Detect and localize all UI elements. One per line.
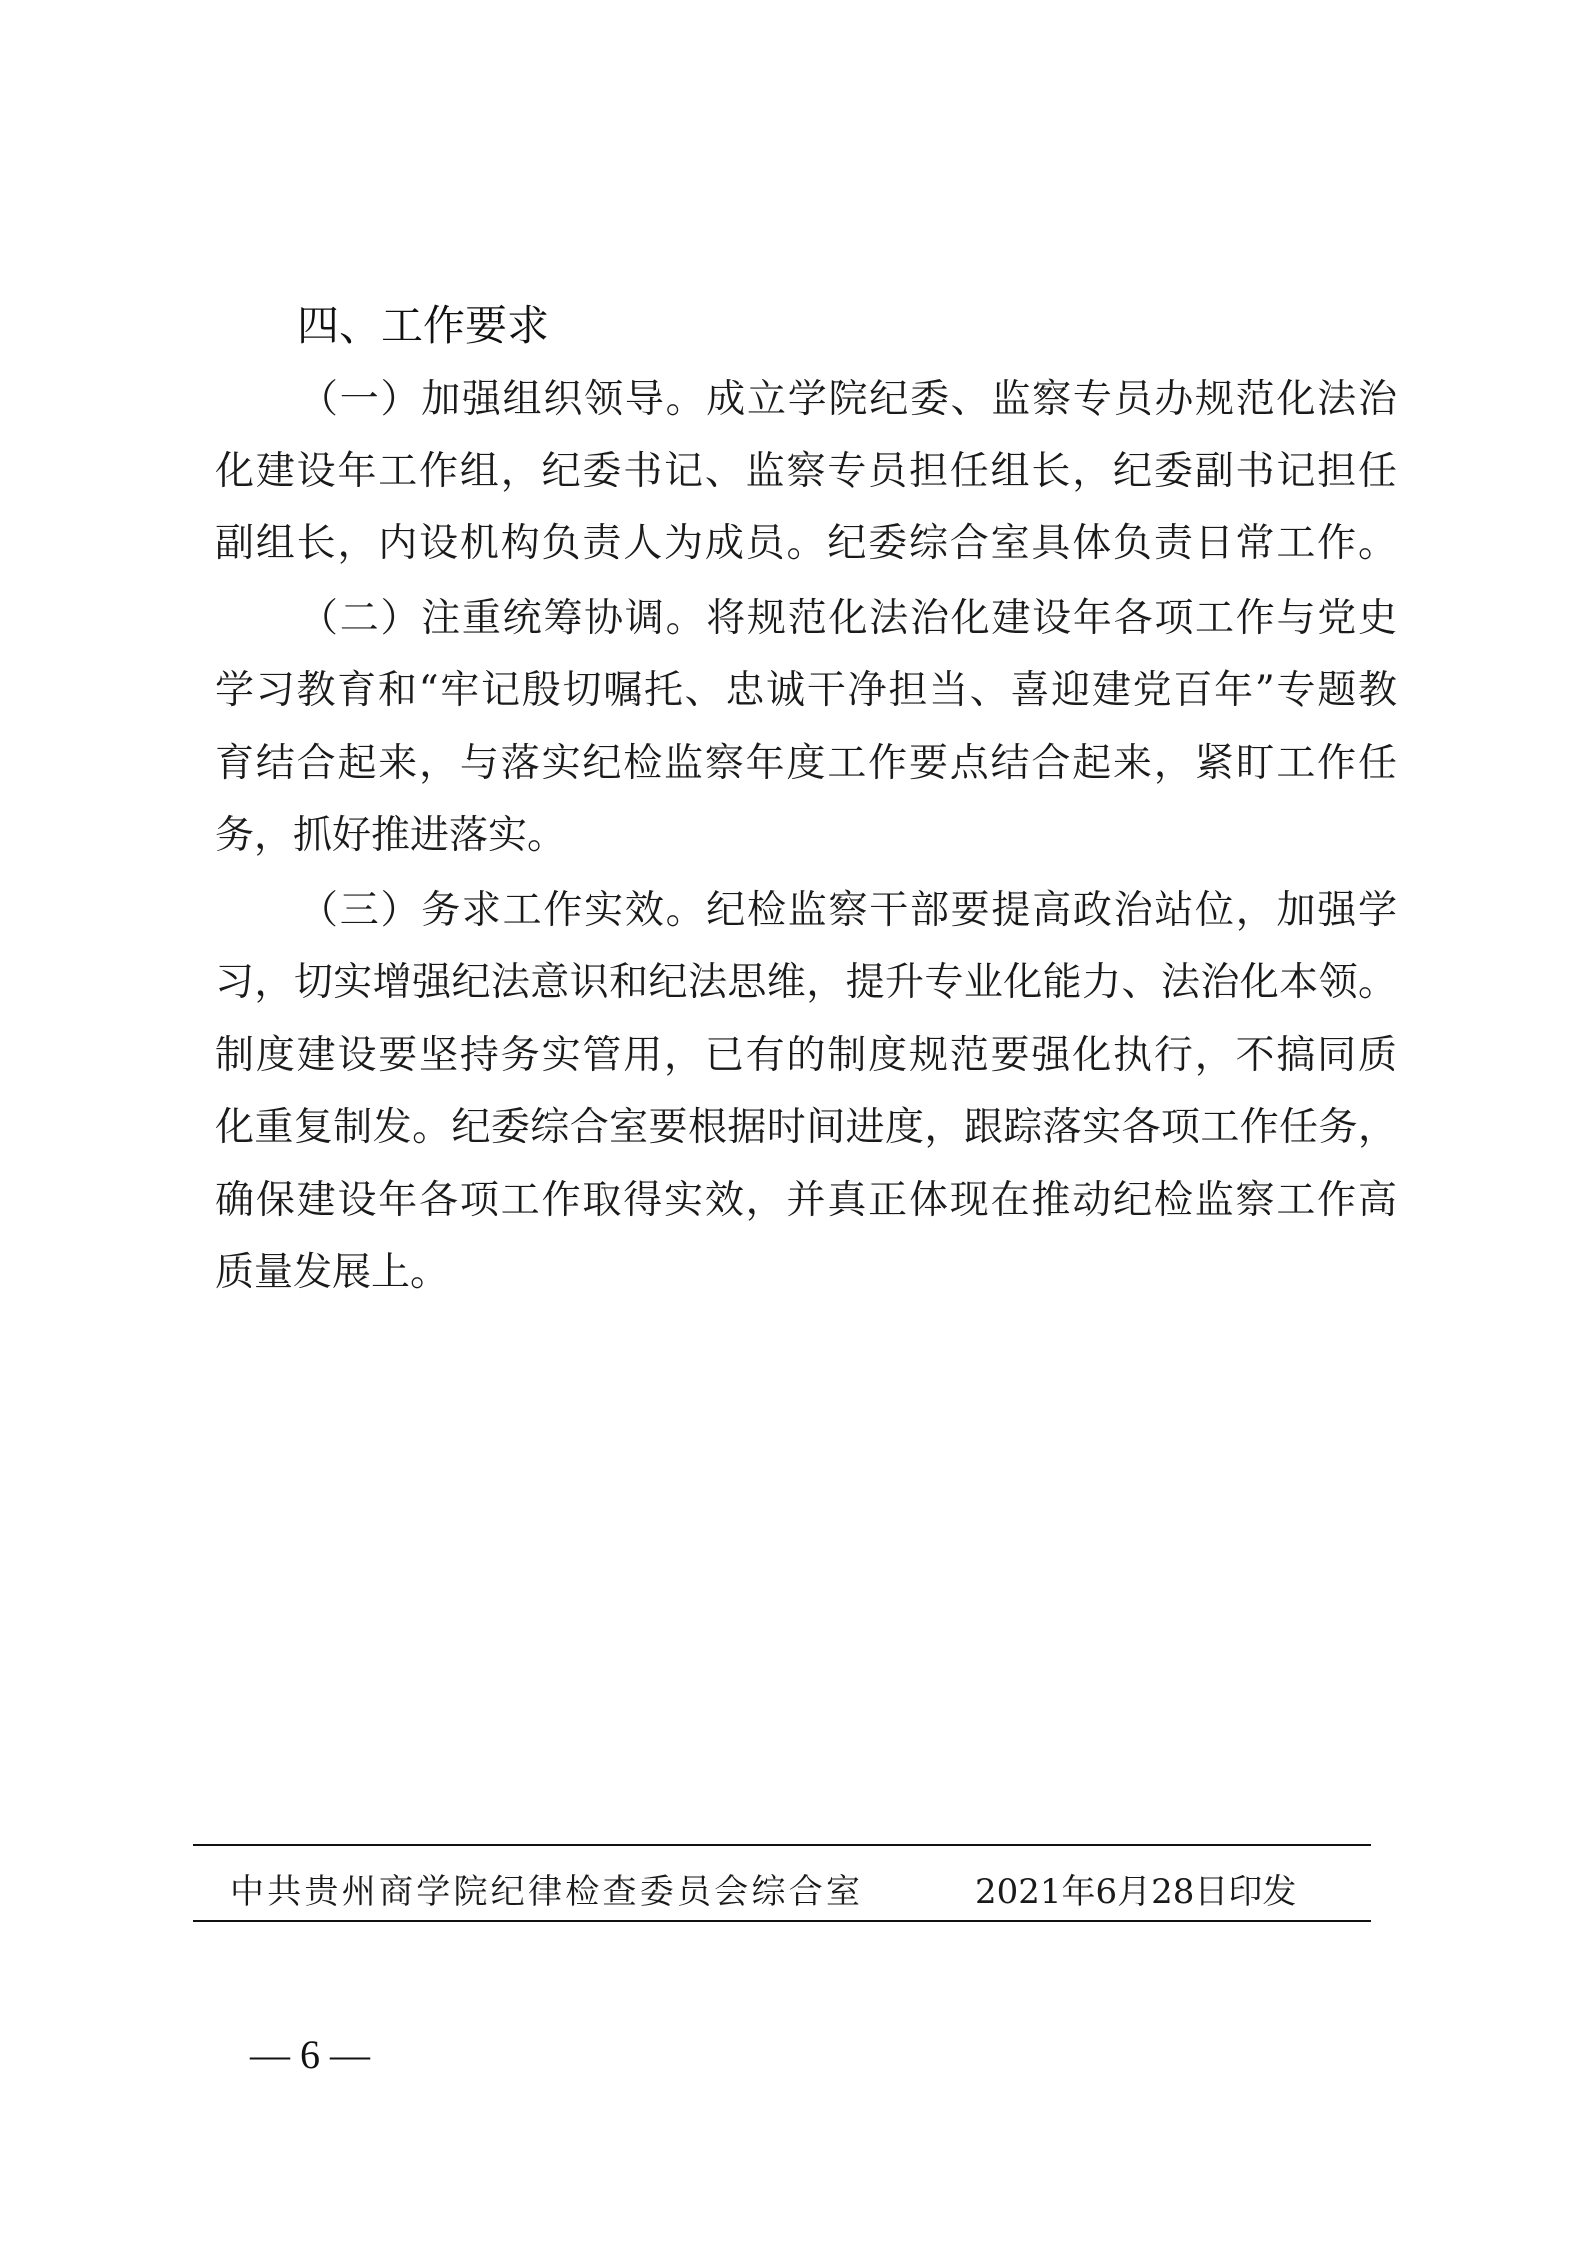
paragraph-1-line-1: （一）加强组织领导。成立学院纪委、监察专员办规范化法治 (299, 372, 1397, 428)
page-number: — 6 — (250, 2030, 370, 2080)
footer-top-rule (193, 1844, 1371, 1846)
paragraph-2-subtitle: （二）注重统筹协调。 (299, 596, 706, 641)
paragraph-3-text: 纪检监察干部要提高政治站位，加强学 (706, 888, 1397, 933)
paragraph-3-line-4: 化重复制发。纪委综合室要根据时间进度，跟踪落实各项工作任务， (215, 1100, 1397, 1156)
paragraph-1-line-3: 副组长，内设机构负责人为成员。纪委综合室具体负责日常工作。 (215, 516, 1397, 572)
paragraph-1-line-2: 化建设年工作组，纪委书记、监察专员担任组长，纪委副书记担任 (215, 444, 1397, 500)
footer-bottom-rule (193, 1920, 1371, 1922)
paragraph-3-line-1: （三）务求工作实效。纪检监察干部要提高政治站位，加强学 (299, 883, 1397, 939)
paragraph-3-line-3: 制度建设要坚持务实管用，已有的制度规范要强化执行，不搞同质 (215, 1028, 1397, 1084)
paragraph-2-line-2: 学习教育和“牢记殷切嘱托、忠诚干净担当、喜迎建党百年”专题教 (215, 663, 1397, 719)
paragraph-3-line-6: 质量发展上。 (215, 1245, 1397, 1301)
paragraph-2-line-3: 育结合起来，与落实纪检监察年度工作要点结合起来，紧盯工作任 (215, 736, 1397, 792)
footer-issue-date: 2021年6月28日印发 (975, 1864, 1325, 1920)
paragraph-3-subtitle: （三）务求工作实效。 (299, 888, 706, 933)
footer-issuer: 中共贵州商学院纪律检查委员会综合室 (230, 1864, 860, 1920)
paragraph-2-line-1: （二）注重统筹协调。将规范化法治化建设年各项工作与党史 (299, 591, 1397, 647)
paragraph-3-line-5: 确保建设年各项工作取得实效，并真正体现在推动纪检监察工作高 (215, 1173, 1397, 1229)
paragraph-1-subtitle: （一）加强组织领导。 (299, 377, 706, 422)
paragraph-2-text: 将规范化法治化建设年各项工作与党史 (706, 596, 1397, 641)
paragraph-2-line-4: 务，抓好推进落实。 (215, 808, 1397, 864)
document-page: 四、工作要求 （一）加强组织领导。成立学院纪委、监察专员办规范化法治 化建设年工… (0, 0, 1587, 2245)
paragraph-3-line-2: 习，切实增强纪法意识和纪法思维，提升专业化能力、法治化本领。 (215, 955, 1397, 1011)
paragraph-1-text: 成立学院纪委、监察专员办规范化法治 (706, 377, 1397, 422)
section-heading: 四、工作要求 (297, 296, 549, 356)
